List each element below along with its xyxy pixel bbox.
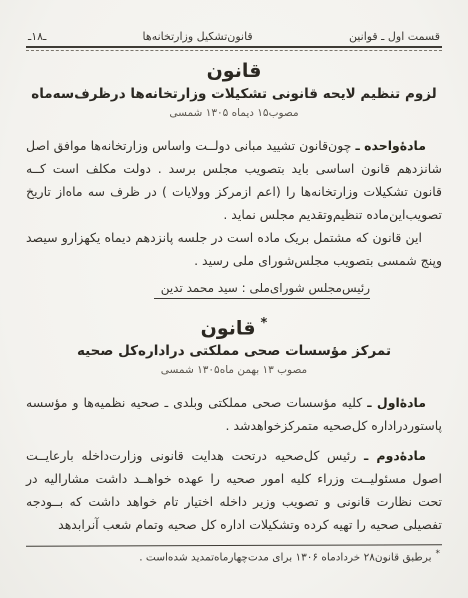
law2-article1-paragraph: مادهٔ‌اول ـ کلیه مؤسسات صحی مملکتی وبلدی… [26, 391, 442, 437]
law2-title-text: قانون [201, 317, 256, 339]
header-doc-title: قانون‌تشکیل وزارتخانه‌ها [143, 30, 253, 43]
law2-subtitle: تمرکز مؤسسات صحی مملکتی دراداره‌کل صحیه [26, 343, 442, 359]
law1-closing-paragraph: این قانون که مشتمل بریک ماده است در جلسه… [26, 226, 442, 272]
law1-subtitle: لزوم تنظیم لایحه قانونی تشکیلات وزارتخان… [26, 86, 442, 102]
law1-section: قانون لزوم تنظیم لایحه قانونی تشکیلات وز… [26, 60, 442, 299]
scanned-law-page: قسمت اول ـ قوانین قانون‌تشکیل وزارتخانه‌… [0, 0, 468, 598]
signature-underline [154, 298, 370, 299]
page-header: قسمت اول ـ قوانین قانون‌تشکیل وزارتخانه‌… [26, 30, 442, 46]
law2-title: *قانون [26, 316, 442, 339]
signature-line: رئیس‌مجلس شورای‌ملی : سید محمد تدین [26, 281, 442, 295]
article2-lead: مادهٔ‌دوم ـ [364, 448, 426, 463]
article1-lead: مادهٔ‌اول ـ [367, 395, 426, 410]
law2-article2-paragraph: مادهٔ‌دوم ـ رئیس کل‌صحیه درتحت هدایت قان… [26, 444, 442, 536]
law1-title: قانون [26, 60, 442, 82]
footnote-divider [26, 545, 442, 547]
header-page-number: ـ۱۸ـ [28, 30, 46, 43]
header-section-label: قسمت اول ـ قوانین [349, 30, 440, 43]
header-rule-solid [26, 46, 442, 48]
footnote-ref-marker: * [261, 316, 268, 331]
footnote-text: برطبق قانون‌۲۸ خردادماه ۱۳۰۶ برای مدت‌چه… [139, 552, 431, 564]
article-lead: مادهٔ‌واحده ـ [355, 138, 426, 153]
footnote-marker: * [436, 549, 441, 559]
header-rule-dashed [26, 50, 442, 51]
footnote: *برطبق قانون‌۲۸ خردادماه ۱۳۰۶ برای مدت‌چ… [26, 549, 442, 564]
law1-approval-date: مصوب‌۱۵ دیماه ۱۳۰۵ شمسی [26, 107, 442, 119]
law1-article-paragraph: مادهٔ‌واحده ـ چون‌قانون تشیید مبانی دولـ… [26, 134, 442, 226]
law2-section: *قانون تمرکز مؤسسات صحی مملکتی دراداره‌ک… [26, 316, 442, 536]
law2-approval-date: مصوب ۱۳ بهمن ماه‌۱۳۰۵ شمسی [26, 364, 442, 376]
